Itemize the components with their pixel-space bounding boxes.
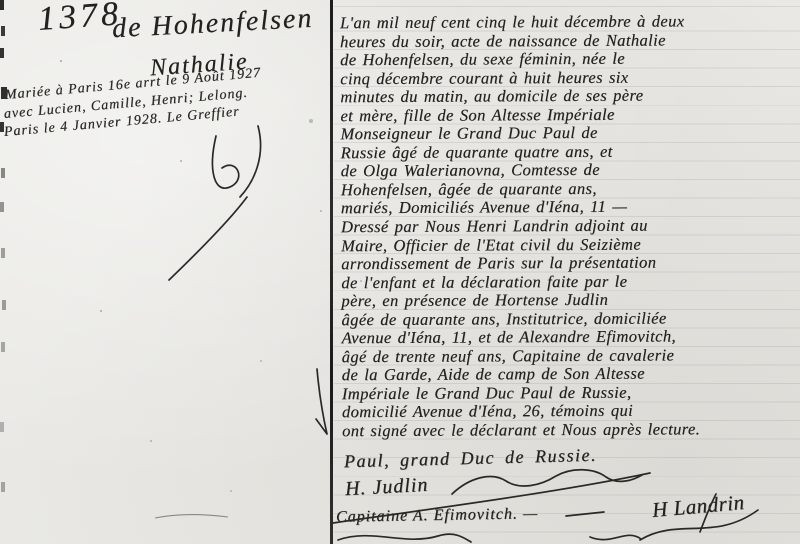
- act-text: L'an mil neuf cent cinq le huit décembre…: [340, 12, 800, 441]
- cutoff-stroke-right: [590, 535, 641, 539]
- column-divider-line: [330, 0, 333, 544]
- act-line: de Hohenfelsen, du sexe féminin, née le: [340, 49, 798, 70]
- act-line: Avenue d'Iéna, 11, et de Alexandre Efimo…: [342, 327, 800, 348]
- record-number: 1378: [37, 0, 123, 39]
- signature-efimovitch: Capitaine A. Efimovitch. —: [336, 505, 538, 527]
- act-line: L'an mil neuf cent cinq le huit décembre…: [340, 12, 798, 33]
- act-line: minutes du matin, au domicile de ses pèr…: [340, 86, 798, 107]
- act-line: de Olga Walerianovna, Comtesse de: [341, 160, 799, 181]
- act-line: Dressé par Nous Henri Landrin adjoint au: [341, 216, 799, 237]
- margin-check-mark: [316, 369, 327, 434]
- scanned-birth-record: 1378 de Hohenfelsen Nathalie Mariée à Pa…: [0, 0, 800, 544]
- record-surname: de Hohenfelsen: [111, 3, 314, 45]
- signature-landrin: H Landrin: [651, 490, 745, 523]
- act-line: père, en présence de Hortense Judlin: [341, 290, 799, 311]
- signature-judlin: H. Judlin: [344, 474, 429, 501]
- cutoff-stroke-left: [338, 534, 471, 542]
- greffier-flourish-tail: [169, 197, 247, 280]
- act-line: Monseigneur le Grand Duc Paul de: [340, 123, 798, 144]
- strike-dash-short: [566, 512, 604, 516]
- faint-stray-stroke: [155, 515, 228, 519]
- signature-paul-grand-duc: Paul, grand Duc de Russie.: [344, 445, 597, 473]
- greffier-flourish-loop: [213, 136, 239, 188]
- act-line: ont signé avec le déclarant et Nous aprè…: [342, 420, 800, 441]
- paper-specks: [60, 60, 62, 62]
- greffier-flourish-stroke: [240, 126, 261, 197]
- act-line: arrondissement de Paris sur la présentat…: [341, 253, 799, 274]
- scan-edge-marks: [0, 0, 4, 10]
- struck-signature-scribble: [452, 470, 642, 494]
- act-line: de la Garde, Aide de camp de Son Altesse: [342, 364, 800, 385]
